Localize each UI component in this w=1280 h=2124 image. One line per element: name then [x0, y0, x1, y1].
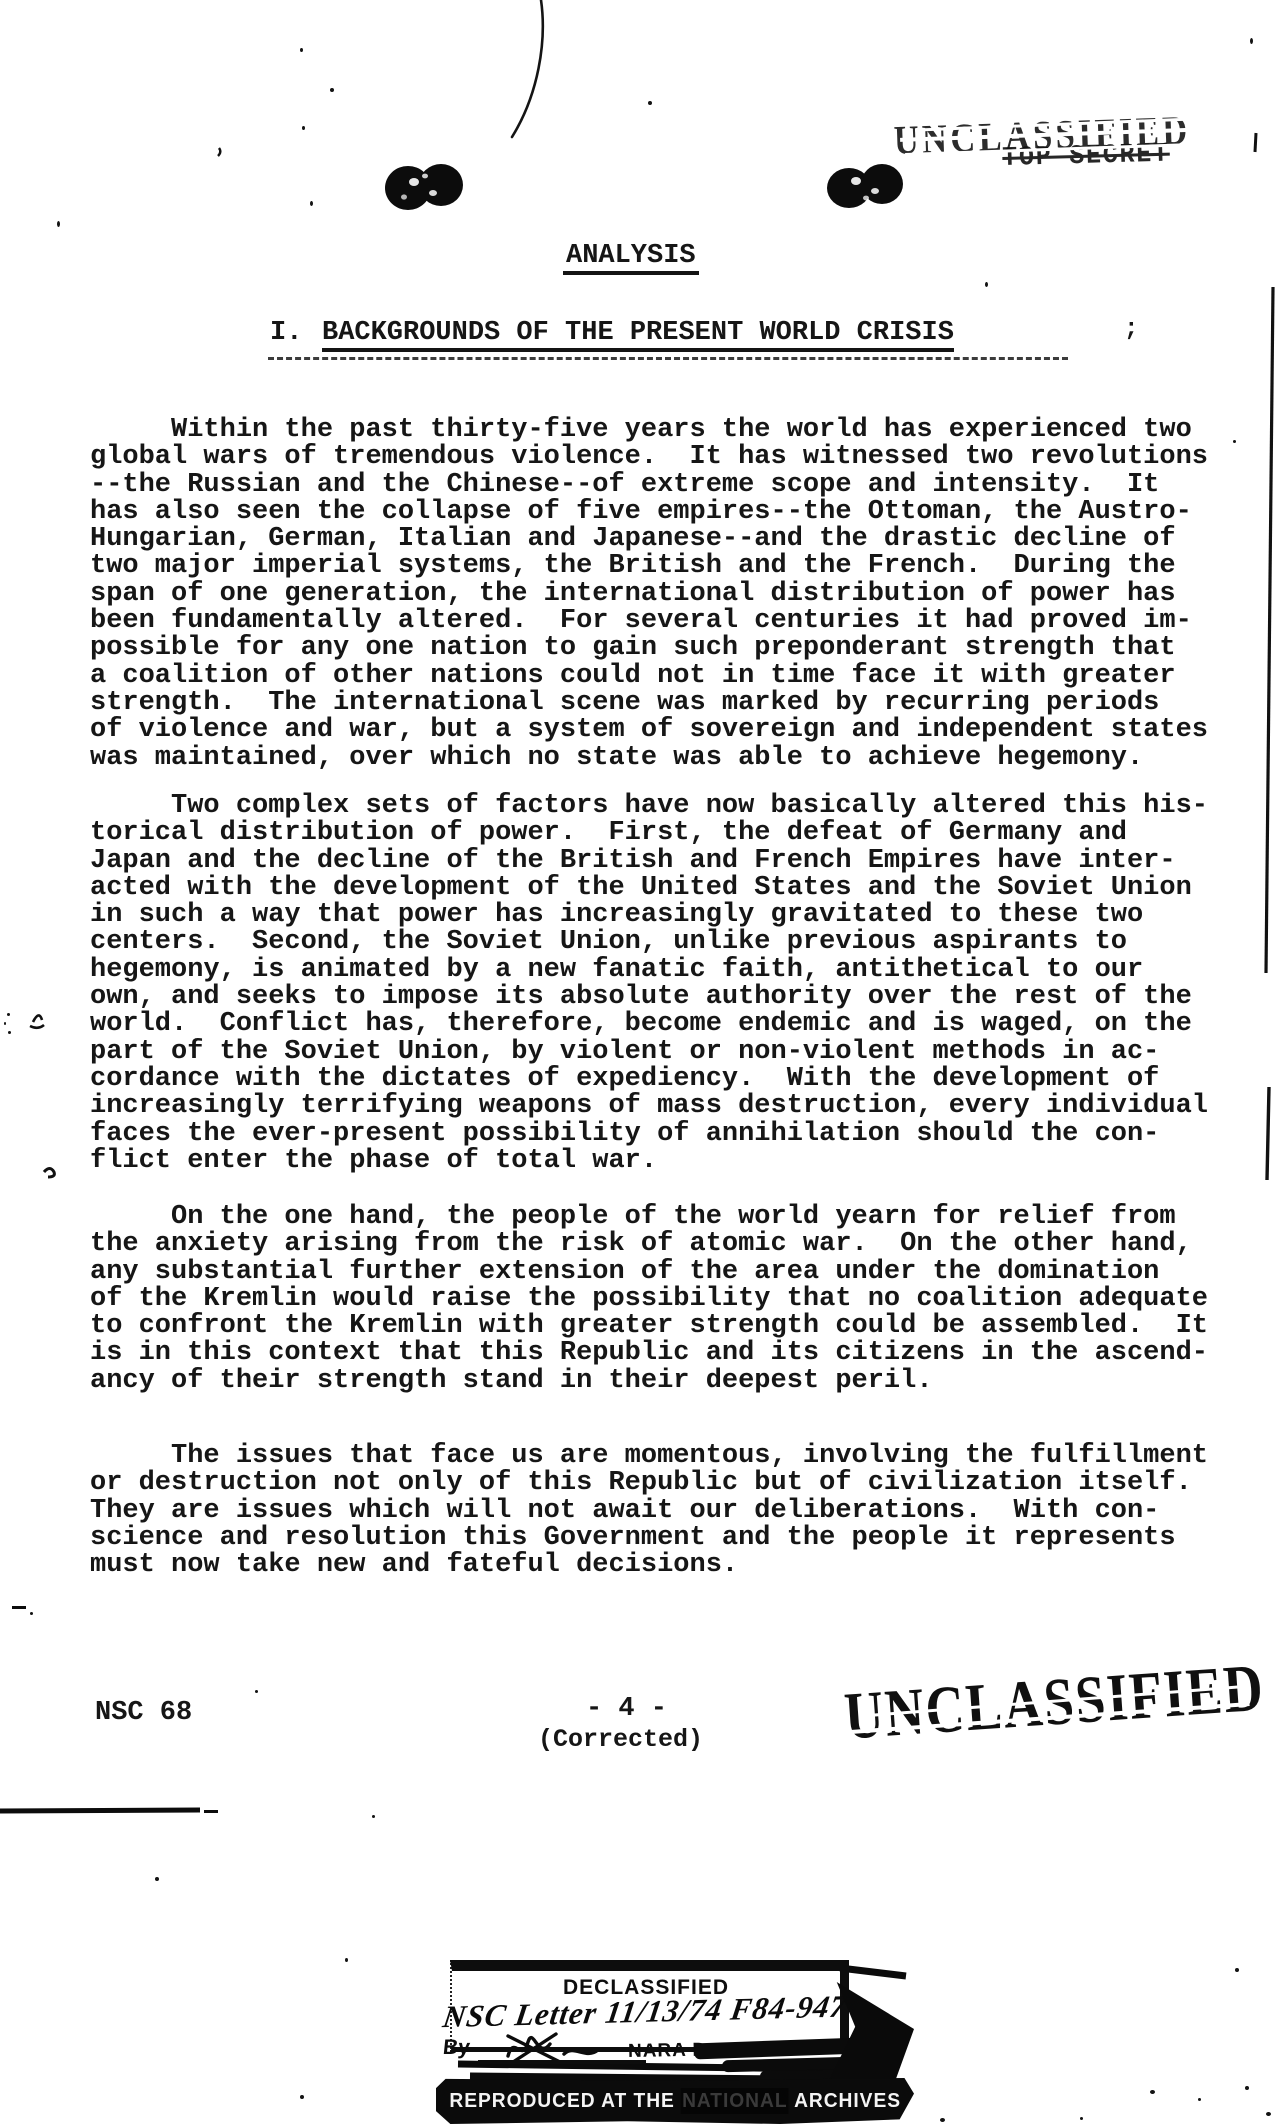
body-paragraph-1: Within the past thirty-five years the wo…	[90, 417, 1208, 772]
by-signature-line	[478, 2060, 646, 2064]
scan-speck	[1235, 1968, 1239, 1972]
scan-speck	[345, 1958, 348, 1962]
scan-speck	[940, 2118, 945, 2122]
scan-speck	[255, 1690, 258, 1693]
archives-banner: REPRODUCED AT THE NATIONAL ARCHIVES	[436, 2078, 914, 2124]
stamp-edge-tick	[1255, 133, 1256, 152]
scan-speck	[985, 282, 988, 287]
scan-speck	[4, 1022, 6, 1025]
torn-edge-line	[0, 1807, 200, 1813]
margin-squiggle-2	[44, 1169, 54, 1178]
document-id: NSC 68	[95, 1700, 192, 1727]
body-paragraph-4: The issues that face us are momentous, i…	[90, 1443, 1208, 1579]
scan-speck	[300, 2095, 304, 2099]
scan-speck	[30, 1612, 33, 1615]
scan-speck	[1233, 440, 1236, 443]
scan-speck	[372, 1815, 375, 1818]
right-margin-scratch-line-2	[1267, 1087, 1269, 1180]
right-margin-scratch-line	[1266, 287, 1273, 973]
scan-speck	[57, 221, 60, 227]
banner-text-before: REPRODUCED AT THE	[449, 2090, 674, 2112]
margin-squiggle-1	[30, 1015, 44, 1027]
page-number: - 4 -	[586, 1696, 667, 1723]
banner-text-after: ARCHIVES	[794, 2090, 901, 2112]
scan-speck	[7, 1013, 10, 1016]
scan-speck	[330, 88, 334, 92]
scan-speck	[302, 126, 305, 130]
banner-text-obscured-word: NATIONAL	[681, 2088, 788, 2114]
declassified-stamp-box: DECLASSIFIED NSC Letter 11/13/74 F84-947	[450, 1960, 849, 2052]
by-label: By	[442, 2036, 471, 2060]
section-number: I.	[270, 320, 302, 347]
body-paragraph-3: On the one hand, the people of the world…	[90, 1204, 1208, 1395]
scan-speck	[1245, 2086, 1249, 2090]
scan-speck	[1080, 2117, 1083, 2120]
correction-note: (Corrected)	[538, 1726, 703, 1753]
scan-speck	[8, 1031, 11, 1034]
scan-speck	[300, 48, 303, 52]
scan-speck	[155, 1877, 159, 1881]
scan-speck	[1198, 2098, 1201, 2101]
section-title-underline	[268, 357, 1068, 360]
archives-banner-text: REPRODUCED AT THE NATIONAL ARCHIVES	[449, 2090, 901, 2113]
scanned-document-page: ANALYSIS I. BACKGROUNDS OF THE PRESENT W…	[0, 0, 1280, 2124]
section-title: BACKGROUNDS OF THE PRESENT WORLD CRISIS	[322, 320, 954, 352]
scan-speck	[648, 101, 652, 105]
scan-speck	[1150, 2090, 1155, 2094]
scan-crease-line	[512, 0, 543, 137]
scan-speck	[1250, 38, 1253, 44]
stray-mark: ;	[1124, 316, 1138, 343]
scan-speck	[310, 201, 313, 206]
hole-punch-mark-left	[385, 164, 463, 210]
page-title: ANALYSIS	[563, 243, 699, 275]
comma-speck	[218, 148, 220, 156]
hole-punch-mark-right	[827, 164, 903, 208]
torn-edge-dash	[204, 1810, 218, 1813]
scan-speck	[1266, 2112, 1271, 2116]
scan-dash	[12, 1606, 26, 1609]
body-paragraph-2: Two complex sets of factors have now bas…	[90, 793, 1208, 1175]
